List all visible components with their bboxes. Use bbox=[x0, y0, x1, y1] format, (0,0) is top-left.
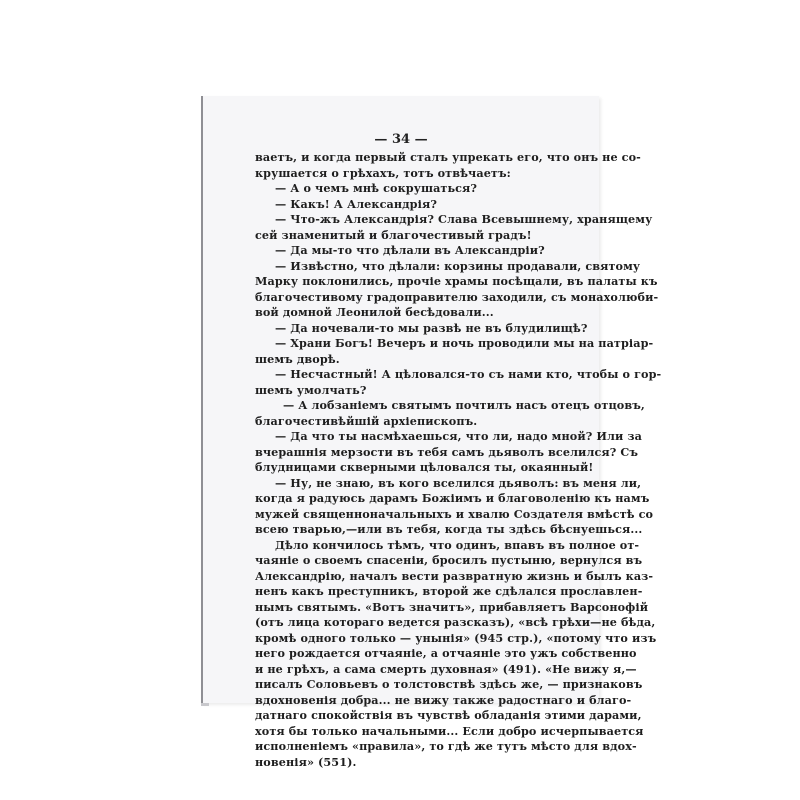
text-line: вчерашнія мерзости въ тебя самъ дьяволъ … bbox=[255, 445, 572, 461]
text-line: Александрію, началъ вести развратную жиз… bbox=[255, 569, 572, 585]
text-line: благочестивѣйшій архіепископъ. bbox=[255, 414, 572, 430]
text-line: него рождается отчаяніе, а отчаяніе это … bbox=[255, 646, 572, 662]
text-line: — А лобзаніемъ святымъ почтилъ насъ отец… bbox=[255, 398, 572, 414]
text-line: кромѣ одного только — унынія» (945 стр.)… bbox=[255, 631, 572, 647]
text-line: — Несчастный! А цѣловался-то съ нами кто… bbox=[255, 367, 572, 383]
text-line: когда я радуюсь дарамъ Божіимъ и благово… bbox=[255, 491, 572, 507]
text-line: вой домной Леонилой бесѣдовали... bbox=[255, 305, 572, 321]
text-line: — Какъ! А Александрія? bbox=[255, 197, 572, 213]
text-line: писалъ Соловьевъ о толстовствѣ здѣсь же,… bbox=[255, 677, 572, 693]
text-line: (отъ лица котораго ведется разсказъ), «в… bbox=[255, 615, 572, 631]
text-line: шемъ дворѣ. bbox=[255, 352, 572, 368]
text-line: шемъ умолчать? bbox=[255, 383, 572, 399]
text-line: ненъ какъ преступникъ, второй же сдѣлалс… bbox=[255, 584, 572, 600]
page-number: — 34 — bbox=[203, 132, 599, 147]
text-line: Дѣло кончилось тѣмъ, что одинъ, впавъ въ… bbox=[255, 538, 572, 554]
page-edge bbox=[201, 703, 209, 706]
text-line: датнаго спокойствія въ чувствѣ обладанія… bbox=[255, 708, 572, 724]
text-line: — Да мы-то что дѣлали въ Александріи? bbox=[255, 243, 572, 259]
text-line: — Храни Богъ! Вечеръ и ночь проводили мы… bbox=[255, 336, 572, 352]
page-body-text: ваетъ, и когда первый сталъ упрекать его… bbox=[255, 150, 572, 770]
text-line: всею тварью,—или въ тебя, когда ты здѣсь… bbox=[255, 522, 572, 538]
text-line: нымъ святымъ. «Вотъ значитъ», прибавляет… bbox=[255, 600, 572, 616]
text-line: — Что-жъ Александрія? Слава Всевышнему, … bbox=[255, 212, 572, 228]
text-line: ваетъ, и когда первый сталъ упрекать его… bbox=[255, 150, 572, 166]
text-line: исполненіемъ «правила», то гдѣ же тутъ м… bbox=[255, 739, 572, 755]
text-line: благочестивому градоправителю заходили, … bbox=[255, 290, 572, 306]
text-line: крушается о грѣхахъ, тотъ отвѣчаетъ: bbox=[255, 166, 572, 182]
text-line: — Ну, не знаю, въ кого вселился дьяволъ:… bbox=[255, 476, 572, 492]
text-line: — Да что ты насмѣхаешься, что ли, надо м… bbox=[255, 429, 572, 445]
text-line: — Да ночевали-то мы развѣ не въ блудилищ… bbox=[255, 321, 572, 337]
text-line: мужей священноначальныхъ и хвалю Создате… bbox=[255, 507, 572, 523]
text-line: блудницами скверными цѣловался ты, окаян… bbox=[255, 460, 572, 476]
text-line: чаяніе о своемъ спасеніи, бросилъ пустын… bbox=[255, 553, 572, 569]
text-line: хотя бы только начальными... Если добро … bbox=[255, 724, 572, 740]
text-line: и не грѣхъ, а сама смерть духовная» (491… bbox=[255, 662, 572, 678]
text-line: вдохновенія добра... не вижу также радос… bbox=[255, 693, 572, 709]
text-line: новенія» (551). bbox=[255, 755, 572, 771]
text-line: — А о чемъ мнѣ сокрушаться? bbox=[255, 181, 572, 197]
text-line: Марку поклонились, прочіе храмы посѣщали… bbox=[255, 274, 572, 290]
book-page: — 34 — ваетъ, и когда первый сталъ упрек… bbox=[201, 96, 599, 703]
text-line: — Извѣстно, что дѣлали: корзины продавал… bbox=[255, 259, 572, 275]
text-line: сей знаменитый и благочестивый градъ! bbox=[255, 228, 572, 244]
